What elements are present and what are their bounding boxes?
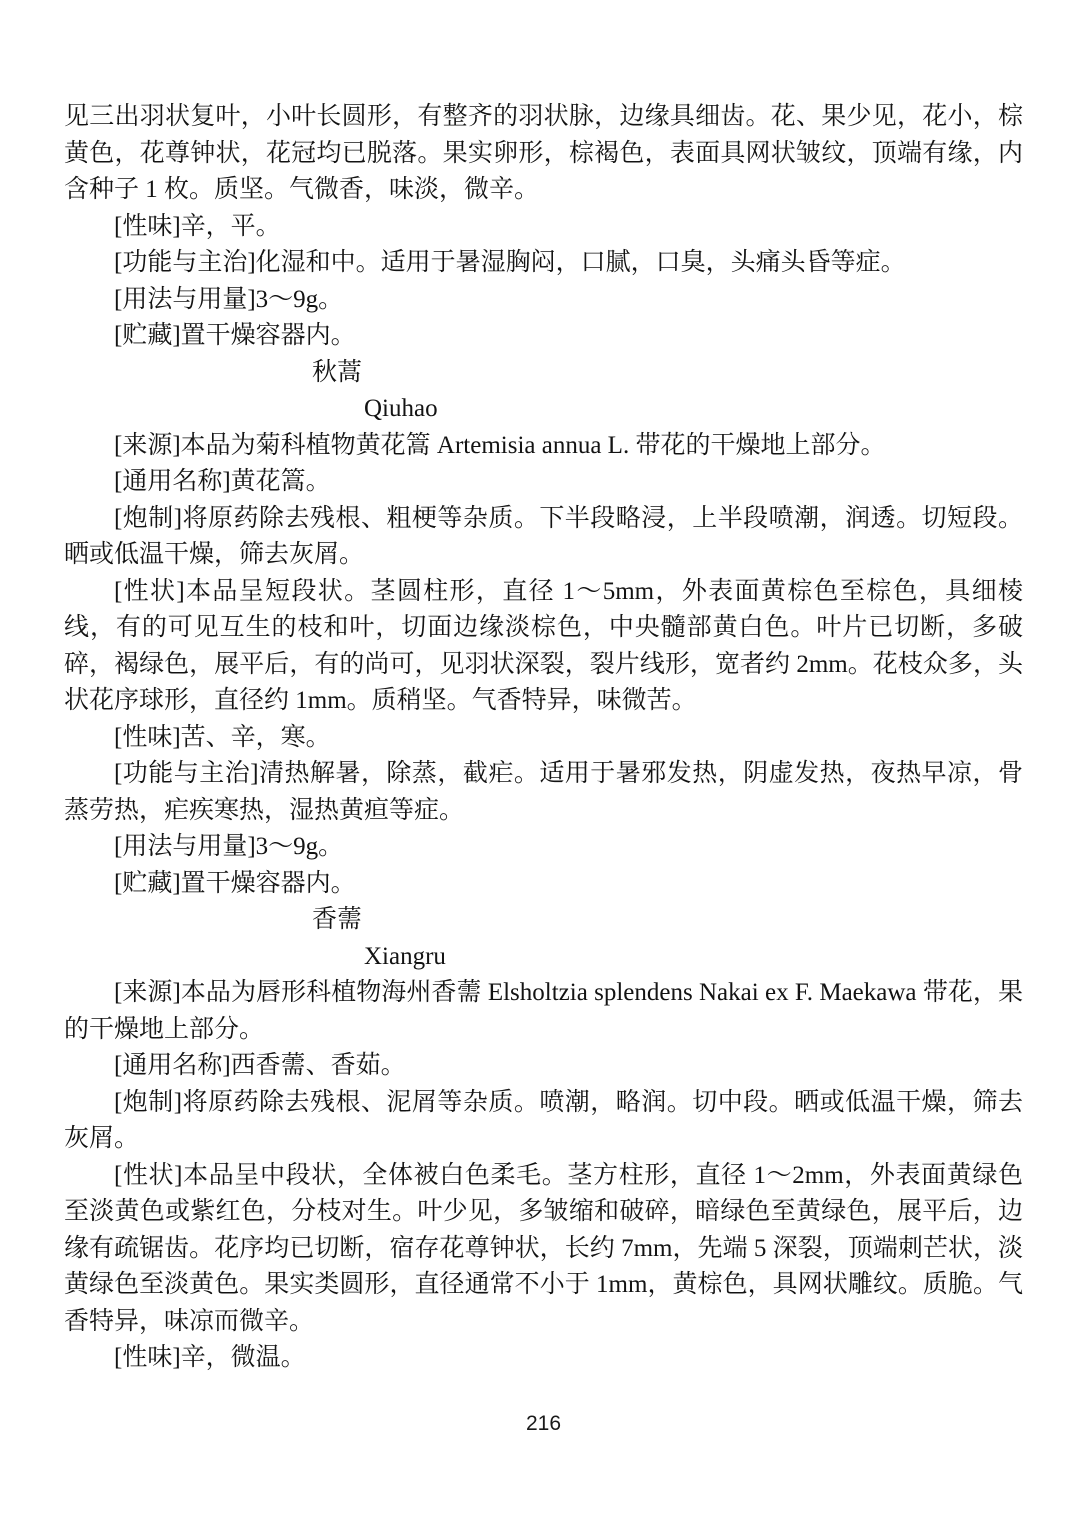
paragraph: [性状]本品呈中段状，全体被白色柔毛。茎方柱形，直径 1～2mm，外表面黄绿色至… (64, 1158, 1023, 1341)
paragraph: [贮藏]置干燥容器内。 (64, 318, 1023, 355)
paragraph: [功能与主治]化湿和中。适用于暑湿胸闷，口腻，口臭，头痛头昏等症。 (64, 245, 1023, 282)
paragraph: [性状]本品呈短段状。茎圆柱形，直径 1～5mm，外表面黄棕色至棕色，具细棱线，… (64, 574, 1023, 720)
section-heading-pinyin: Qiuhao (64, 391, 1023, 428)
paragraph-continuation: 见三出羽状复叶，小叶长圆形，有整齐的羽状脉，边缘具细齿。花、果少见，花小，棕黄色… (64, 99, 1023, 209)
paragraph: [功能与主治]清热解暑，除蒸，截疟。适用于暑邪发热，阴虚发热，夜热早凉，骨蒸劳热… (64, 756, 1023, 829)
paragraph: [炮制]将原药除去残根、泥屑等杂质。喷潮，略润。切中段。晒或低温干燥，筛去灰屑。 (64, 1085, 1023, 1158)
paragraph: [性味]辛，微温。 (64, 1340, 1023, 1377)
paragraph: [用法与用量]3～9g。 (64, 282, 1023, 319)
paragraph: [通用名称]黄花篙。 (64, 464, 1023, 501)
paragraph: [贮藏]置干燥容器内。 (64, 866, 1023, 903)
paragraph: [用法与用量]3～9g。 (64, 829, 1023, 866)
section-heading-chinese: 香薷 (64, 902, 1023, 939)
paragraph: [来源]本品为唇形科植物海州香薷 Elsholtzia splendens Na… (64, 975, 1023, 1048)
section-heading-pinyin: Xiangru (64, 939, 1023, 976)
paragraph: [性味]苦、辛，寒。 (64, 720, 1023, 757)
document-body: 见三出羽状复叶，小叶长圆形，有整齐的羽状脉，边缘具细齿。花、果少见，花小，棕黄色… (64, 99, 1023, 1377)
paragraph: [来源]本品为菊科植物黄花篙 Artemisia annua L. 带花的干燥地… (64, 428, 1023, 465)
section-heading-chinese: 秋蒿 (64, 355, 1023, 392)
page-number: 216 (0, 1412, 1087, 1436)
paragraph: [通用名称]西香薷、香茹。 (64, 1048, 1023, 1085)
paragraph: [炮制]将原药除去残根、粗梗等杂质。下半段略浸，上半段喷潮，润透。切短段。晒或低… (64, 501, 1023, 574)
paragraph: [性味]辛，平。 (64, 209, 1023, 246)
